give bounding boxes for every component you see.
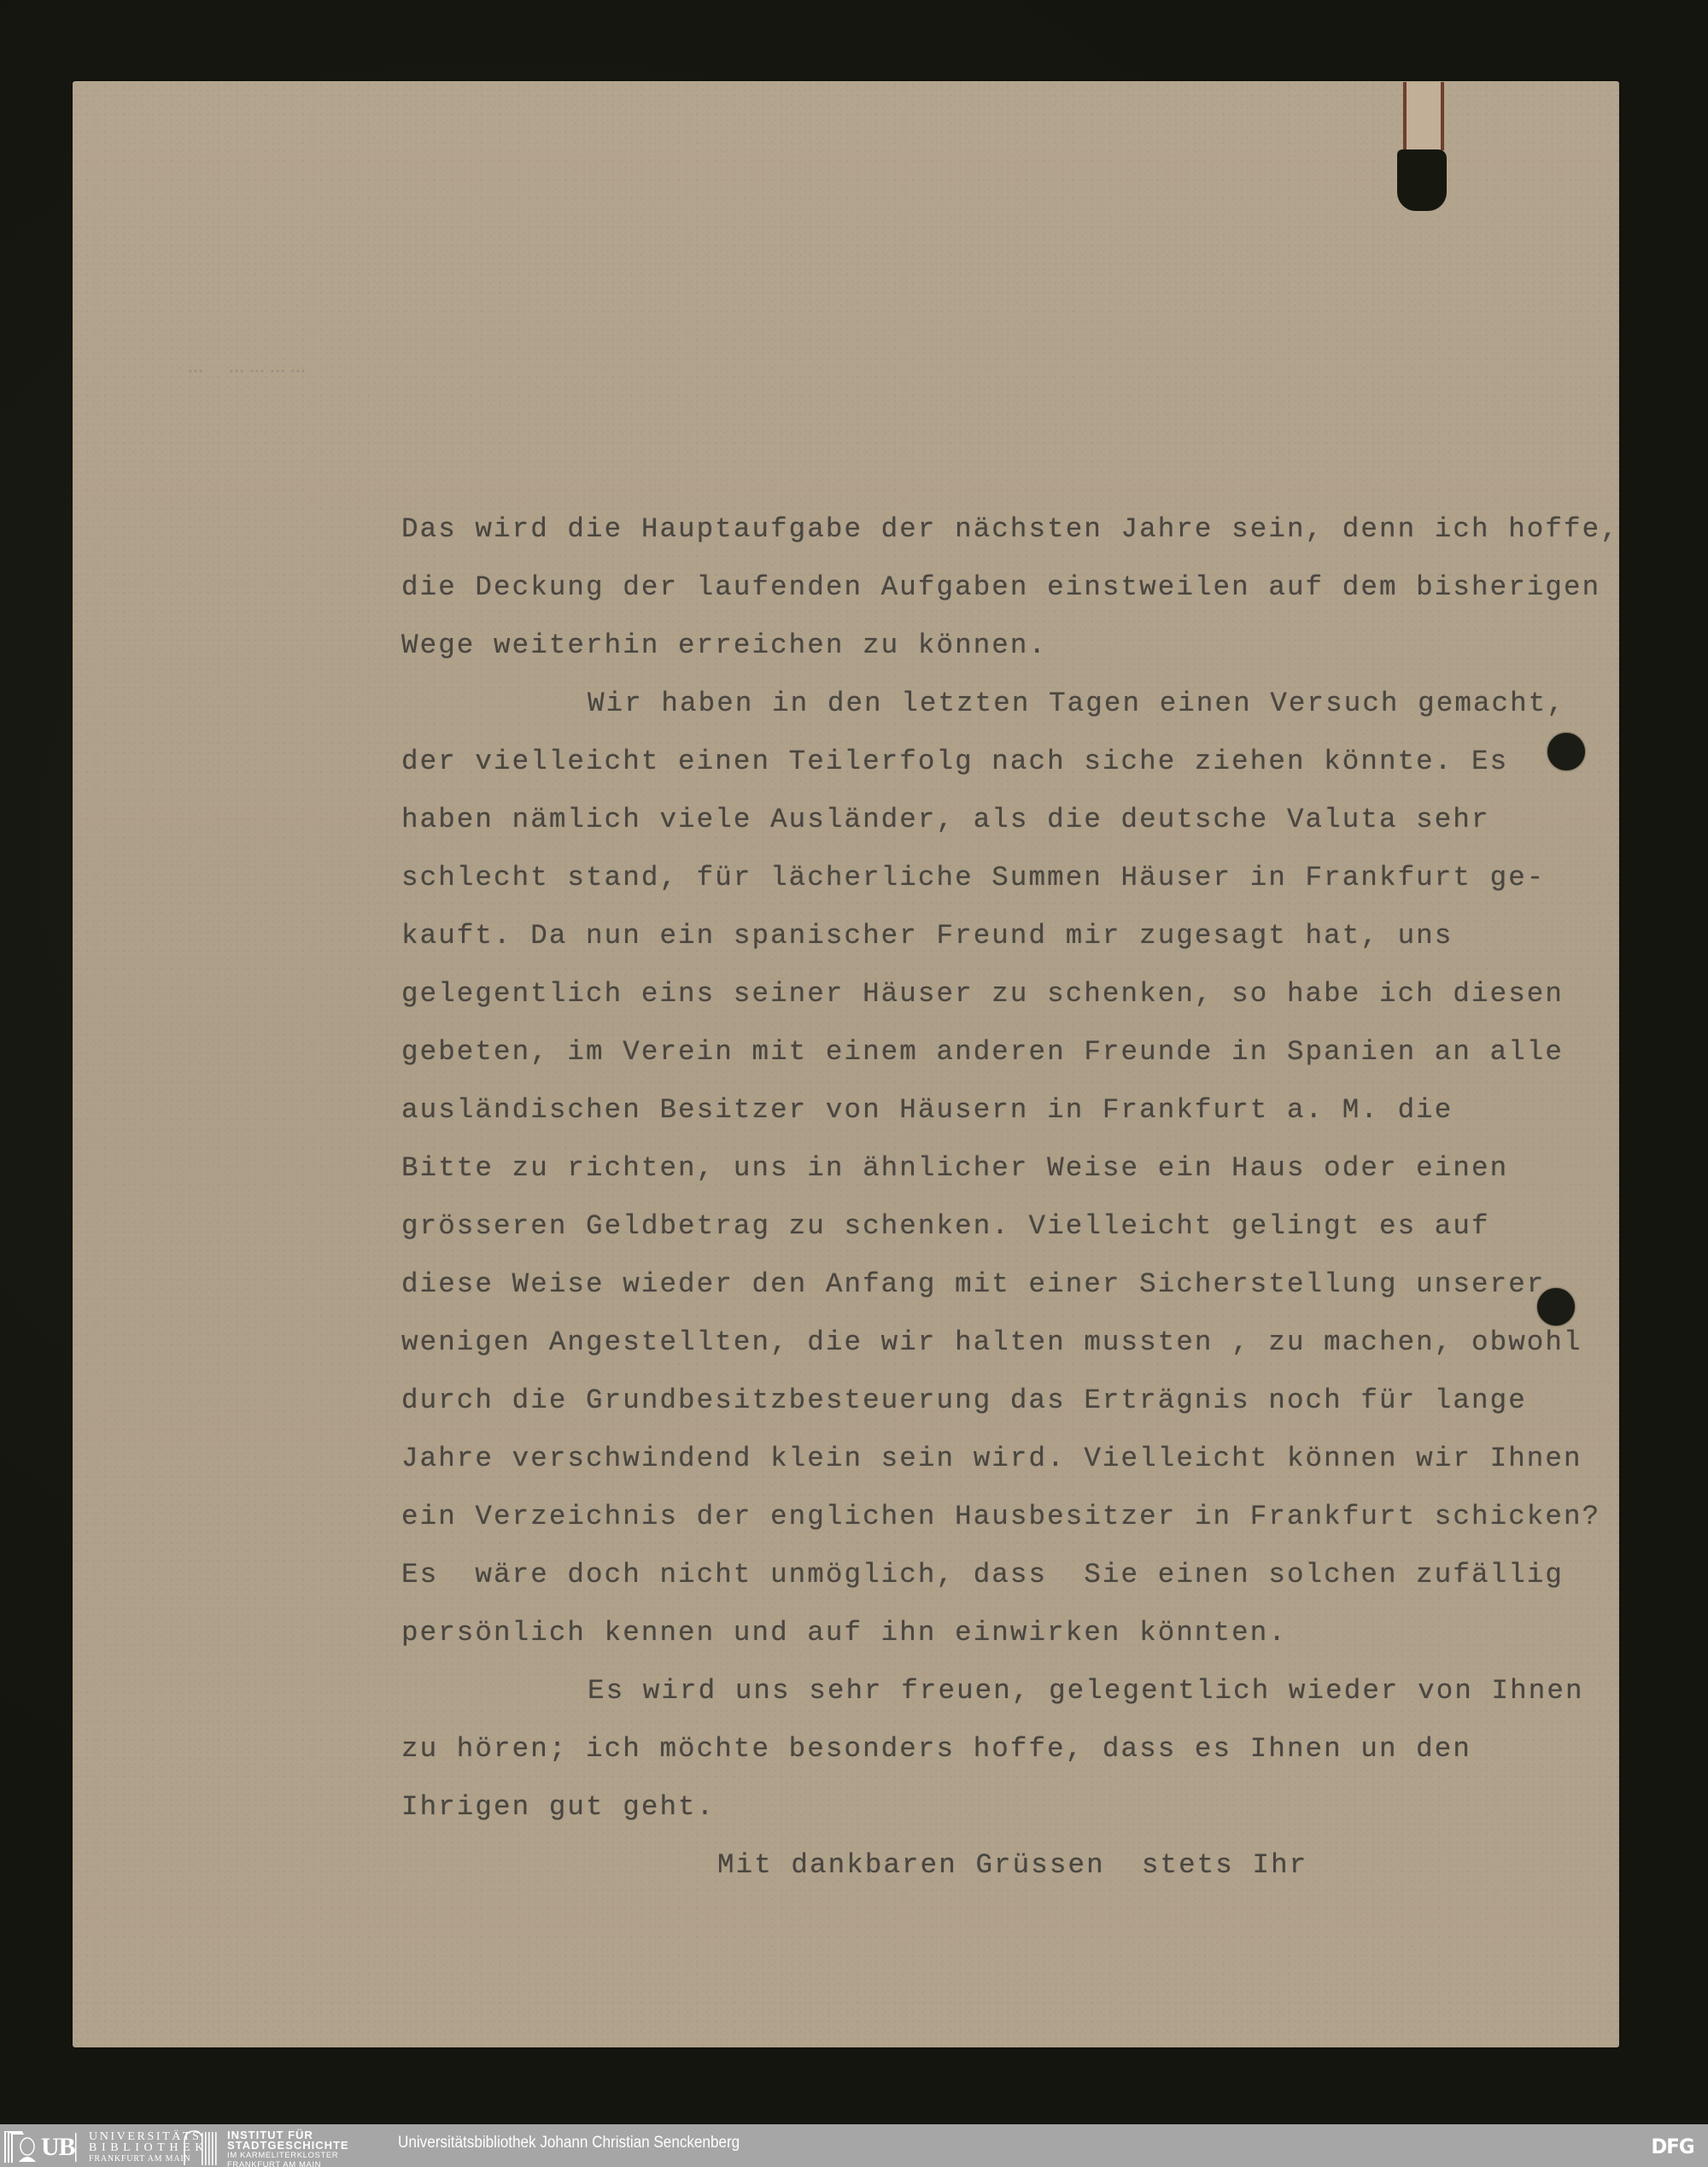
dfg-logo[interactable]: DFG — [1651, 2135, 1693, 2158]
typed-line: Bitte zu richten, uns in ähnlicher Weise… — [401, 1151, 1508, 1186]
typed-line: Es wird uns sehr freuen, gelegentlich wi… — [588, 1674, 1584, 1708]
typed-line: die Deckung der laufenden Aufgaben einst… — [401, 571, 1600, 605]
typed-line: wenigen Angestellten, die wir halten mus… — [401, 1326, 1582, 1360]
library-name: Universitätsbibliothek Johann Christian … — [398, 2134, 740, 2152]
ub-library-logo[interactable]: UB UNIVERSITÄTS BIBLIOTHEK FRANKFURT AM … — [3, 2129, 174, 2164]
isg-text: INSTITUT FÜR STADTGESCHICHTE IM KARMELIT… — [227, 2130, 349, 2167]
typed-line: Das wird die Hauptaufgabe der nächsten J… — [401, 512, 1619, 547]
clip-hole — [1397, 149, 1447, 211]
typed-line: grösseren Geldbetrag zu schenken. Vielle… — [401, 1209, 1490, 1244]
typed-line: schlecht stand, für lächerliche Summen H… — [401, 861, 1545, 895]
typed-line: durch die Grundbesitzbesteuerung das Ert… — [401, 1384, 1527, 1418]
footer-bar: UB UNIVERSITÄTS BIBLIOTHEK FRANKFURT AM … — [0, 2124, 1708, 2167]
isg-line2: STADTGESCHICHTE — [227, 2141, 349, 2151]
typed-line: Wir haben in den letzten Tagen einen Ver… — [588, 687, 1565, 721]
punch-hole-1 — [1547, 733, 1585, 770]
typed-line: zu hören; ich möchte besonders hoffe, da… — [401, 1732, 1471, 1766]
typed-line: gelegentlich eins seiner Häuser zu schen… — [401, 977, 1564, 1011]
typed-line: diese Weise wieder den Anfang mit einer … — [401, 1268, 1545, 1302]
typed-line: Es wäre doch nicht unmöglich, dass Sie e… — [401, 1558, 1564, 1592]
typed-line: haben nämlich viele Ausländer, als die d… — [401, 803, 1490, 837]
typed-line: persönlich kennen und auf ihn einwirken … — [401, 1616, 1287, 1650]
typed-line: Mit dankbaren Grüssen stets Ihr — [717, 1848, 1307, 1883]
typed-line: Jahre verschwindend klein sein wird. Vie… — [401, 1442, 1582, 1476]
ub-letters: UB — [41, 2135, 75, 2160]
typed-line: gebeten, im Verein mit einem anderen Fre… — [401, 1035, 1564, 1069]
typed-line: ein Verzeichnis der englichen Hausbesitz… — [401, 1500, 1600, 1534]
faint-bleedthrough-text: … ………… — [188, 352, 311, 381]
typed-line: Wege weiterhin erreichen zu können. — [401, 629, 1047, 663]
typed-line: der vielleicht einen Teilerfolg nach sic… — [401, 745, 1508, 779]
isg-line4: FRANKFURT AM MAIN — [227, 2160, 349, 2167]
typed-line: ausländischen Besitzer von Häusern in Fr… — [401, 1093, 1453, 1127]
paper-tab-clip — [1403, 82, 1444, 150]
typed-line: kauft. Da nun ein spanischer Freund mir … — [401, 919, 1453, 953]
isg-logo[interactable]: INSTITUT FÜR STADTGESCHICHTE IM KARMELIT… — [183, 2129, 345, 2164]
typed-line: Ihrigen gut geht. — [401, 1790, 715, 1824]
arch-window-icon — [183, 2129, 217, 2165]
isg-line3: IM KARMELITERKLOSTER — [227, 2151, 349, 2160]
